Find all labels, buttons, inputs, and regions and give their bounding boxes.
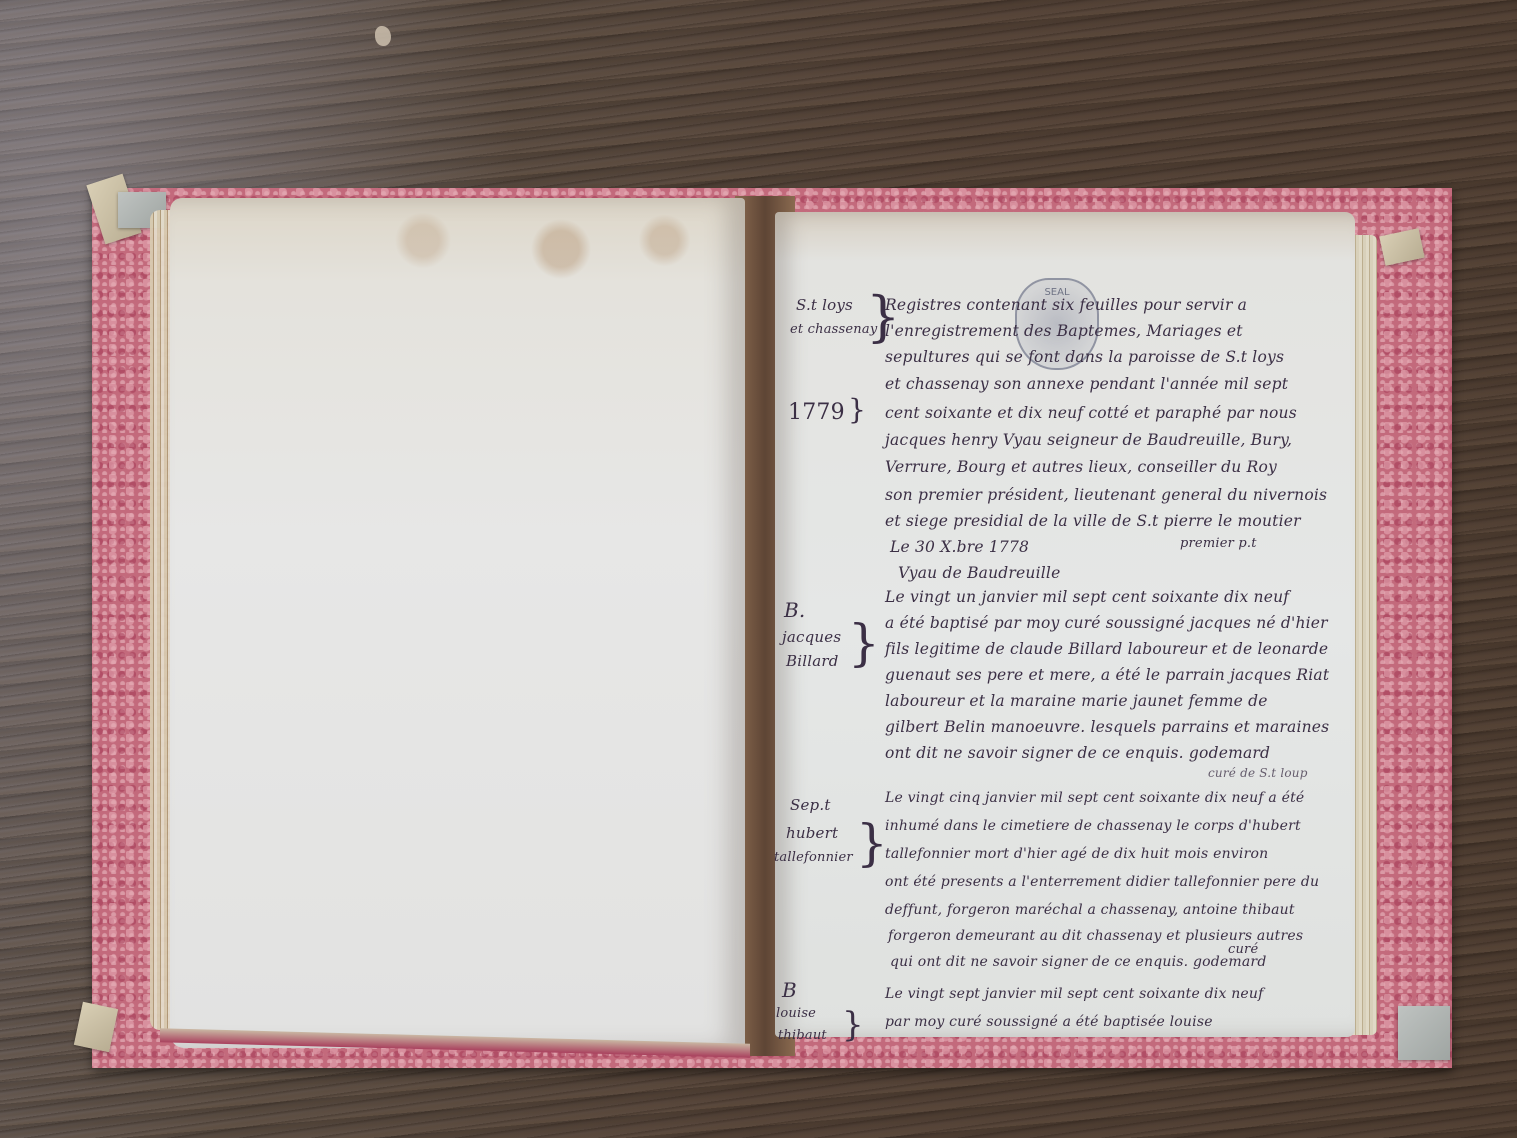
brace-icon: } bbox=[848, 618, 880, 668]
entry-2-type: Sep.t bbox=[790, 796, 831, 814]
entry-3-line-2: par moy curé soussigné a été baptisée lo… bbox=[885, 1014, 1213, 1030]
entry-1-line-2: a été baptisé par moy curé soussigné jac… bbox=[885, 614, 1328, 632]
header-signature: Vyau de Baudreuille bbox=[898, 564, 1060, 582]
entry-1-line-1: Le vingt un janvier mil sept cent soixan… bbox=[885, 588, 1289, 606]
header-line-6: jacques henry Vyau seigneur de Baudreuil… bbox=[885, 431, 1292, 449]
entry-2-line-4: ont été presents a l'enterrement didier … bbox=[885, 874, 1319, 890]
entry-2-line-3: tallefonnier mort d'hier agé de dix huit… bbox=[885, 846, 1268, 862]
entry-2-line-1: Le vingt cinq janvier mil sept cent soix… bbox=[885, 790, 1304, 806]
entry-3-type: B bbox=[782, 978, 797, 1002]
margin-year: 1779 bbox=[788, 400, 845, 425]
entry-2-name-2: tallefonnier bbox=[774, 850, 853, 865]
header-line-3: sepultures qui se font dans la paroisse … bbox=[885, 348, 1284, 366]
entry-2-line-7: qui ont dit ne savoir signer de ce enqui… bbox=[890, 954, 1266, 970]
left-page-blank bbox=[170, 198, 745, 1048]
entry-1-line-5: laboureur et la maraine marie jaunet fem… bbox=[885, 692, 1268, 710]
entry-1-line-4: guenaut ses pere et mere, a été le parra… bbox=[885, 666, 1329, 684]
entry-1-line-7: ont dit ne savoir signer de ce enquis. g… bbox=[885, 744, 1270, 762]
wood-knot bbox=[375, 26, 391, 46]
entry-3-line-1: Le vingt sept janvier mil sept cent soix… bbox=[885, 986, 1264, 1002]
entry-2-name-1: hubert bbox=[786, 824, 838, 842]
entry-1-line-6: gilbert Belin manoeuvre. lesquels parrai… bbox=[885, 718, 1329, 736]
entry-3-name-2: thibaut bbox=[778, 1028, 827, 1043]
entry-1-name-2: Billard bbox=[786, 652, 839, 670]
corner-protector-bottom-right bbox=[1398, 1006, 1450, 1060]
header-line-4: et chassenay son annexe pendant l'année … bbox=[885, 375, 1288, 393]
margin-place-line2: et chassenay bbox=[790, 322, 877, 337]
entry-2-signature-title: curé bbox=[1228, 942, 1258, 957]
header-date: Le 30 X.bre 1778 bbox=[890, 538, 1029, 556]
header-line-2: l'enregistrement des Baptemes, Mariages … bbox=[885, 322, 1243, 340]
entry-2-line-2: inhumé dans le cimetiere de chassenay le… bbox=[885, 818, 1301, 834]
header-line-9: et siege presidial de la ville de S.t pi… bbox=[885, 512, 1301, 530]
header-line-7: Verrure, Bourg et autres lieux, conseill… bbox=[885, 458, 1277, 476]
entry-1-name-1: jacques bbox=[782, 628, 841, 646]
header-line-8: son premier président, lieutenant genera… bbox=[885, 486, 1327, 504]
brace-icon: } bbox=[848, 396, 866, 424]
entry-3-name-1: louise bbox=[776, 1006, 816, 1021]
header-line-1: Registres contenant six feuilles pour se… bbox=[885, 296, 1247, 314]
entry-1-line-3: fils legitime de claude Billard laboureu… bbox=[885, 640, 1328, 658]
margin-place-line1: S.t loys bbox=[796, 296, 853, 314]
brace-icon: } bbox=[842, 1008, 864, 1042]
header-signature-right: premier p.t bbox=[1180, 536, 1257, 551]
entry-1-type: B. bbox=[784, 598, 805, 622]
brace-icon: } bbox=[856, 818, 888, 868]
header-line-5: cent soixante et dix neuf cotté et parap… bbox=[885, 404, 1297, 422]
entry-2-line-5: deffunt, forgeron maréchal a chassenay, … bbox=[885, 902, 1295, 918]
entry-1-signature-title: curé de S.t loup bbox=[1208, 766, 1308, 780]
